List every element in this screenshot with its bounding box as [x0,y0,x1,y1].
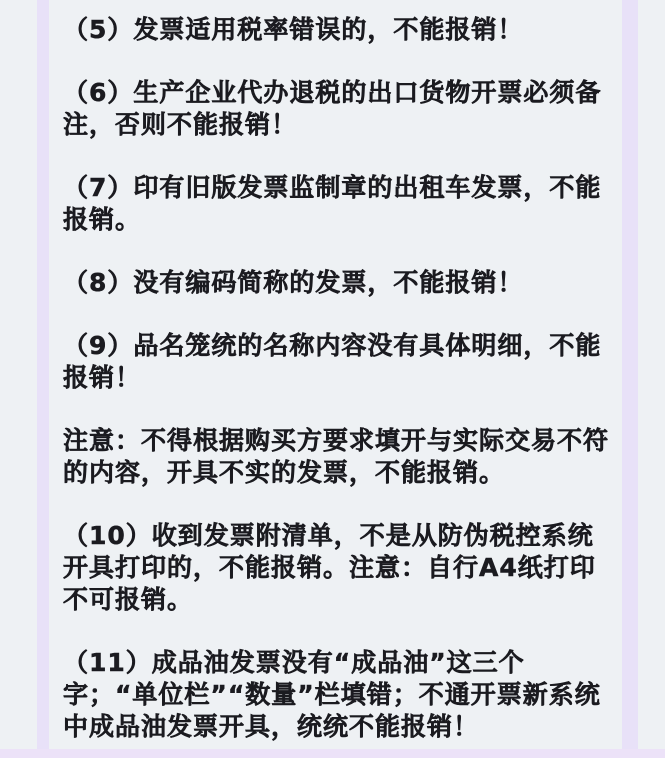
rule-item-8: （8）没有编码简称的发票，不能报销！ [63,267,613,299]
rule-item-5: （5）发票适用税率错误的，不能报销！ [63,14,613,46]
note-paragraph: 注意：不得根据购买方要求填开与实际交易不符的内容，开具不实的发票，不能报销。 [63,425,613,489]
article-page: （5）发票适用税率错误的，不能报销！ （6）生产企业代办退税的出口货物开票必须备… [0,0,665,758]
rule-item-7: （7）印有旧版发票监制章的出租车发票，不能报销。 [63,172,613,236]
article-content: （5）发票适用税率错误的，不能报销！ （6）生产企业代办退税的出口货物开票必须备… [63,14,613,743]
rule-item-10: （10）收到发票附清单，不是从防伪税控系统开具打印的，不能报销。注意：自行A4纸… [63,520,613,616]
right-border-stripe [622,0,638,749]
rule-item-11: （11）成品油发票没有“成品油”这三个字；“单位栏”“数量”栏填错；不通开票新系… [63,647,613,743]
rule-item-9: （9）品名笼统的名称内容没有具体明细，不能报销！ [63,330,613,394]
bottom-border-band [0,749,665,758]
left-border-stripe [37,0,49,749]
rule-item-6: （6）生产企业代办退税的出口货物开票必须备注，否则不能报销！ [63,77,613,141]
